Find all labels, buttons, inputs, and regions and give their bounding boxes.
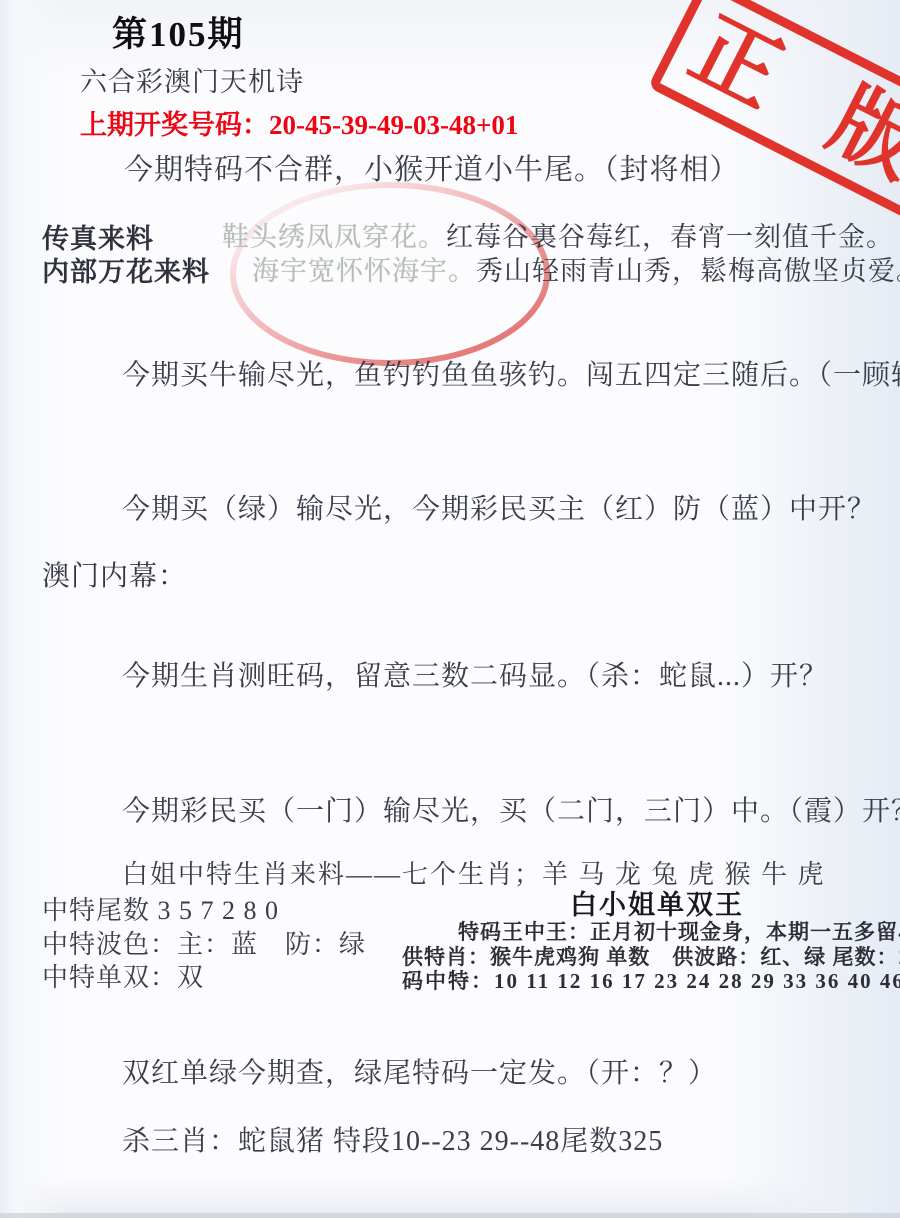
lottery-tip-sheet-page: 正 版 第105期 六合彩澳门天机诗 上期开奖号码：20-45-39-49-03… <box>0 0 900 1218</box>
last-draw-numbers: 上期开奖号码：20-45-39-49-03-48+01 <box>80 109 518 141</box>
stamp-char-left: 正 <box>679 5 795 121</box>
fax-line-2-main: 秀山轻雨青山秀，鬆梅高傲坚贞爱。 <box>476 256 900 286</box>
page-subtitle: 六合彩澳门天机诗 <box>80 66 304 98</box>
special-tail-numbers: 中特尾数 3 5 7 2 8 0 <box>42 895 279 926</box>
fax-line-1-main: 红莓谷裏谷莓红，春宵一刻值千金。 <box>446 222 894 252</box>
baijie-zodiac-line: 白姐中特生肖来料——七个生肖；羊 马 龙 兔 虎 猴 牛 虎 <box>122 859 826 890</box>
fax-line-2: 海宇宽怀怀海宇。秀山轻雨青山秀，鬆梅高傲坚贞爱。 <box>252 255 900 287</box>
kill-three-zodiac-line: 杀三肖：蛇鼠猪 特段10--23 29--48尾数325 <box>122 1125 663 1159</box>
fax-line-2-ghost: 海宇宽怀怀海宇。 <box>252 256 476 286</box>
poem-line-5: 今期彩民买（一门）输尽光，买（二门，三门）中。（霞）开？门 <box>122 795 900 829</box>
poem-line-2: 今期买牛输尽光，鱼钓钓鱼鱼骇钓。闯五四定三随后。（一顾轻千金） <box>122 359 900 393</box>
lady-panel-line-1: 特码王中王：正月初十现金身，本期一五多留心 <box>458 920 900 945</box>
stamp-char-right: 版 <box>818 76 900 192</box>
fax-line-1-ghost: 鞋头绣凤凤穿花。 <box>222 222 446 252</box>
poem-line-4: 今期生肖测旺码，留意三数二码显。（杀：蛇鼠...）开？ <box>122 660 828 694</box>
special-odd-even: 中特单双：双 <box>42 962 204 993</box>
issue-title: 第105期 <box>112 14 245 56</box>
poem-line-3: 今期买（绿）输尽光，今期彩民买主（红）防（蓝）中开？ <box>122 493 876 527</box>
fax-source-label: 传真来料 <box>42 223 154 255</box>
lady-panel-line-2: 供特肖：猴牛虎鸡狗 单数 供波路：红、绿 尾数：2637 <box>402 945 900 970</box>
macau-insider-label: 澳门内幕： <box>42 560 187 594</box>
page-bottom-edge <box>0 1213 900 1218</box>
special-wave-colors: 中特波色：主：蓝 防：绿 <box>42 929 366 960</box>
fax-line-1: 鞋头绣凤凤穿花。红莓谷裏谷莓红，春宵一刻值千金。 <box>222 221 894 253</box>
poem-line-6: 双红单绿今期查，绿尾特码一定发。（开：？） <box>122 1057 717 1091</box>
lady-panel-title: 白小姐单双王 <box>570 889 744 921</box>
internal-source-label: 内部万花来料 <box>42 256 210 288</box>
lady-panel-line-3: 码中特：10 11 12 16 17 23 24 28 29 33 36 40 … <box>402 969 900 994</box>
poem-line-1: 今期特码不合群，小猴开道小牛尾。（封将相） <box>124 153 740 188</box>
